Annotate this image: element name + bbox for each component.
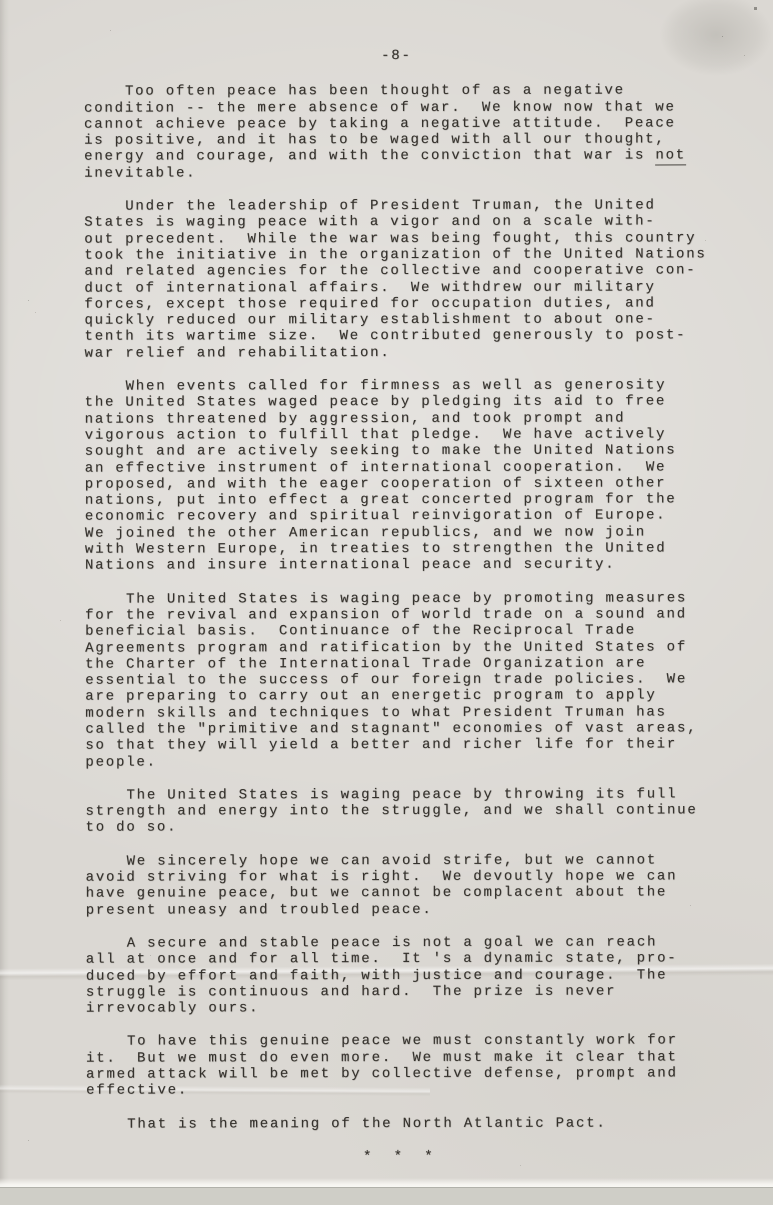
text-line: and related agencies for the collective …	[84, 263, 709, 281]
paragraph: The United States is waging peace by pro…	[85, 590, 710, 771]
text-line: nations threatened by aggression, and to…	[85, 410, 710, 428]
text-line: We sincerely hope we can avoid strife, b…	[86, 852, 711, 870]
text-line: present uneasy and troubled peace.	[86, 901, 711, 919]
text-line: avoid striving for what is right. We dev…	[86, 868, 711, 886]
typewritten-text-block: -8- Too often peace has been thought of …	[84, 0, 711, 1166]
page-number: -8-	[84, 47, 709, 65]
text-line: out precedent. While the war was being f…	[84, 230, 709, 248]
text-line: To have this genuine peace we must const…	[86, 1033, 711, 1051]
paragraphs: Too often peace has been thought of as a…	[84, 83, 711, 1133]
paragraph: We sincerely hope we can avoid strife, b…	[86, 852, 711, 918]
paragraph: A secure and stable peace is not a goal …	[86, 934, 711, 1017]
text-line: States is waging peace with a vigor and …	[84, 214, 709, 232]
section-divider-stars: * * *	[86, 1148, 711, 1166]
text-line: Nations and insure international peace a…	[85, 557, 710, 575]
text-line: sought and are actively seeking to make …	[85, 443, 710, 461]
text-line: The United States is waging peace by thr…	[85, 786, 710, 804]
underlined-word: not	[655, 148, 686, 166]
text-line: is positive, and it has to be waged with…	[84, 132, 709, 150]
paper-left-edge-shadow	[0, 0, 9, 1187]
text-line: the Charter of the International Trade O…	[85, 655, 710, 673]
scan-speckle-artifacts	[0, 0, 1, 1]
text-line: proposed, and with the eager cooperation…	[85, 475, 710, 493]
paragraph: To have this genuine peace we must const…	[86, 1033, 711, 1099]
text-line: called the "primitive and stagnant" econ…	[85, 720, 710, 738]
text-line: Too often peace has been thought of as a…	[84, 83, 709, 101]
paragraph: Under the leadership of President Truman…	[84, 197, 709, 361]
text-line: Agreements program and ratification by t…	[85, 639, 710, 657]
text-line: condition -- the mere absence of war. We…	[84, 99, 709, 117]
text-line: modern skills and techniques to what Pre…	[85, 704, 710, 722]
text-line: When events called for firmness as well …	[85, 377, 710, 395]
paragraph: The United States is waging peace by thr…	[85, 786, 710, 836]
paragraph: Too often peace has been thought of as a…	[84, 83, 709, 182]
text-line: That is the meaning of the North Atlanti…	[86, 1115, 711, 1133]
text-line: We joined the other American republics, …	[85, 524, 710, 542]
text-line: quickly reduced our military establishme…	[84, 312, 709, 330]
text-line: all at once and for all time. It 's a dy…	[86, 951, 711, 969]
text-line: to do so.	[85, 819, 710, 837]
paper-sheet: -8- Too often peace has been thought of …	[0, 0, 773, 1187]
text-line: took the initiative in the organization …	[84, 246, 709, 264]
text-line: irrevocably ours.	[86, 999, 711, 1017]
text-line: beneficial basis. Continuance of the Rec…	[85, 623, 710, 641]
text-line: tenth its wartime size. We contributed g…	[84, 328, 709, 346]
text-line: it. But we must do even more. We must ma…	[86, 1049, 711, 1067]
text-line: armed attack will be met by collective d…	[86, 1065, 711, 1083]
text-line: effective.	[86, 1082, 711, 1100]
paragraph: When events called for firmness as well …	[85, 377, 710, 574]
text-line: nations, put into effect a great concert…	[85, 491, 710, 509]
text-line: cannot achieve peace by taking a negativ…	[84, 115, 709, 133]
paper-bottom-edge-highlight	[0, 1178, 773, 1187]
text-line: essential to the success of our foreign …	[85, 671, 710, 689]
text-line: strength and energy into the struggle, a…	[85, 803, 710, 821]
text-line: forces, except those required for occupa…	[84, 295, 709, 313]
paragraph: That is the meaning of the North Atlanti…	[86, 1115, 711, 1133]
text-line: people.	[85, 753, 710, 771]
text-line: vigorous action to fulfill that pledge. …	[85, 426, 710, 444]
text-line: economic recovery and spiritual reinvigo…	[85, 508, 710, 526]
text-line: so that they will yield a better and ric…	[85, 737, 710, 755]
text-line: with Western Europe, in treaties to stre…	[85, 540, 710, 558]
text-line: war relief and rehabilitation.	[85, 344, 710, 362]
text-line: an effective instrument of international…	[85, 459, 710, 477]
text-line: struggle is continuous and hard. The pri…	[86, 983, 711, 1001]
text-line: duct of international affairs. We withdr…	[84, 279, 709, 297]
text-line: have genuine peace, but we cannot be com…	[86, 885, 711, 903]
scanner-backdrop-strip	[0, 1187, 773, 1205]
scanned-document-page: -8- Too often peace has been thought of …	[0, 0, 773, 1205]
text-line: Under the leadership of President Truman…	[84, 197, 709, 215]
text-line: the United States waged peace by pledgin…	[85, 394, 710, 412]
text-line: are preparing to carry out an energetic …	[85, 688, 710, 706]
text-line: The United States is waging peace by pro…	[85, 590, 710, 608]
text-line: inevitable.	[84, 164, 709, 182]
text-line: A secure and stable peace is not a goal …	[86, 934, 711, 952]
text-line: for the revival and expansion of world t…	[85, 606, 710, 624]
text-line: duced by effort and faith, with justice …	[86, 967, 711, 985]
text-line: energy and courage, and with the convict…	[84, 148, 709, 166]
